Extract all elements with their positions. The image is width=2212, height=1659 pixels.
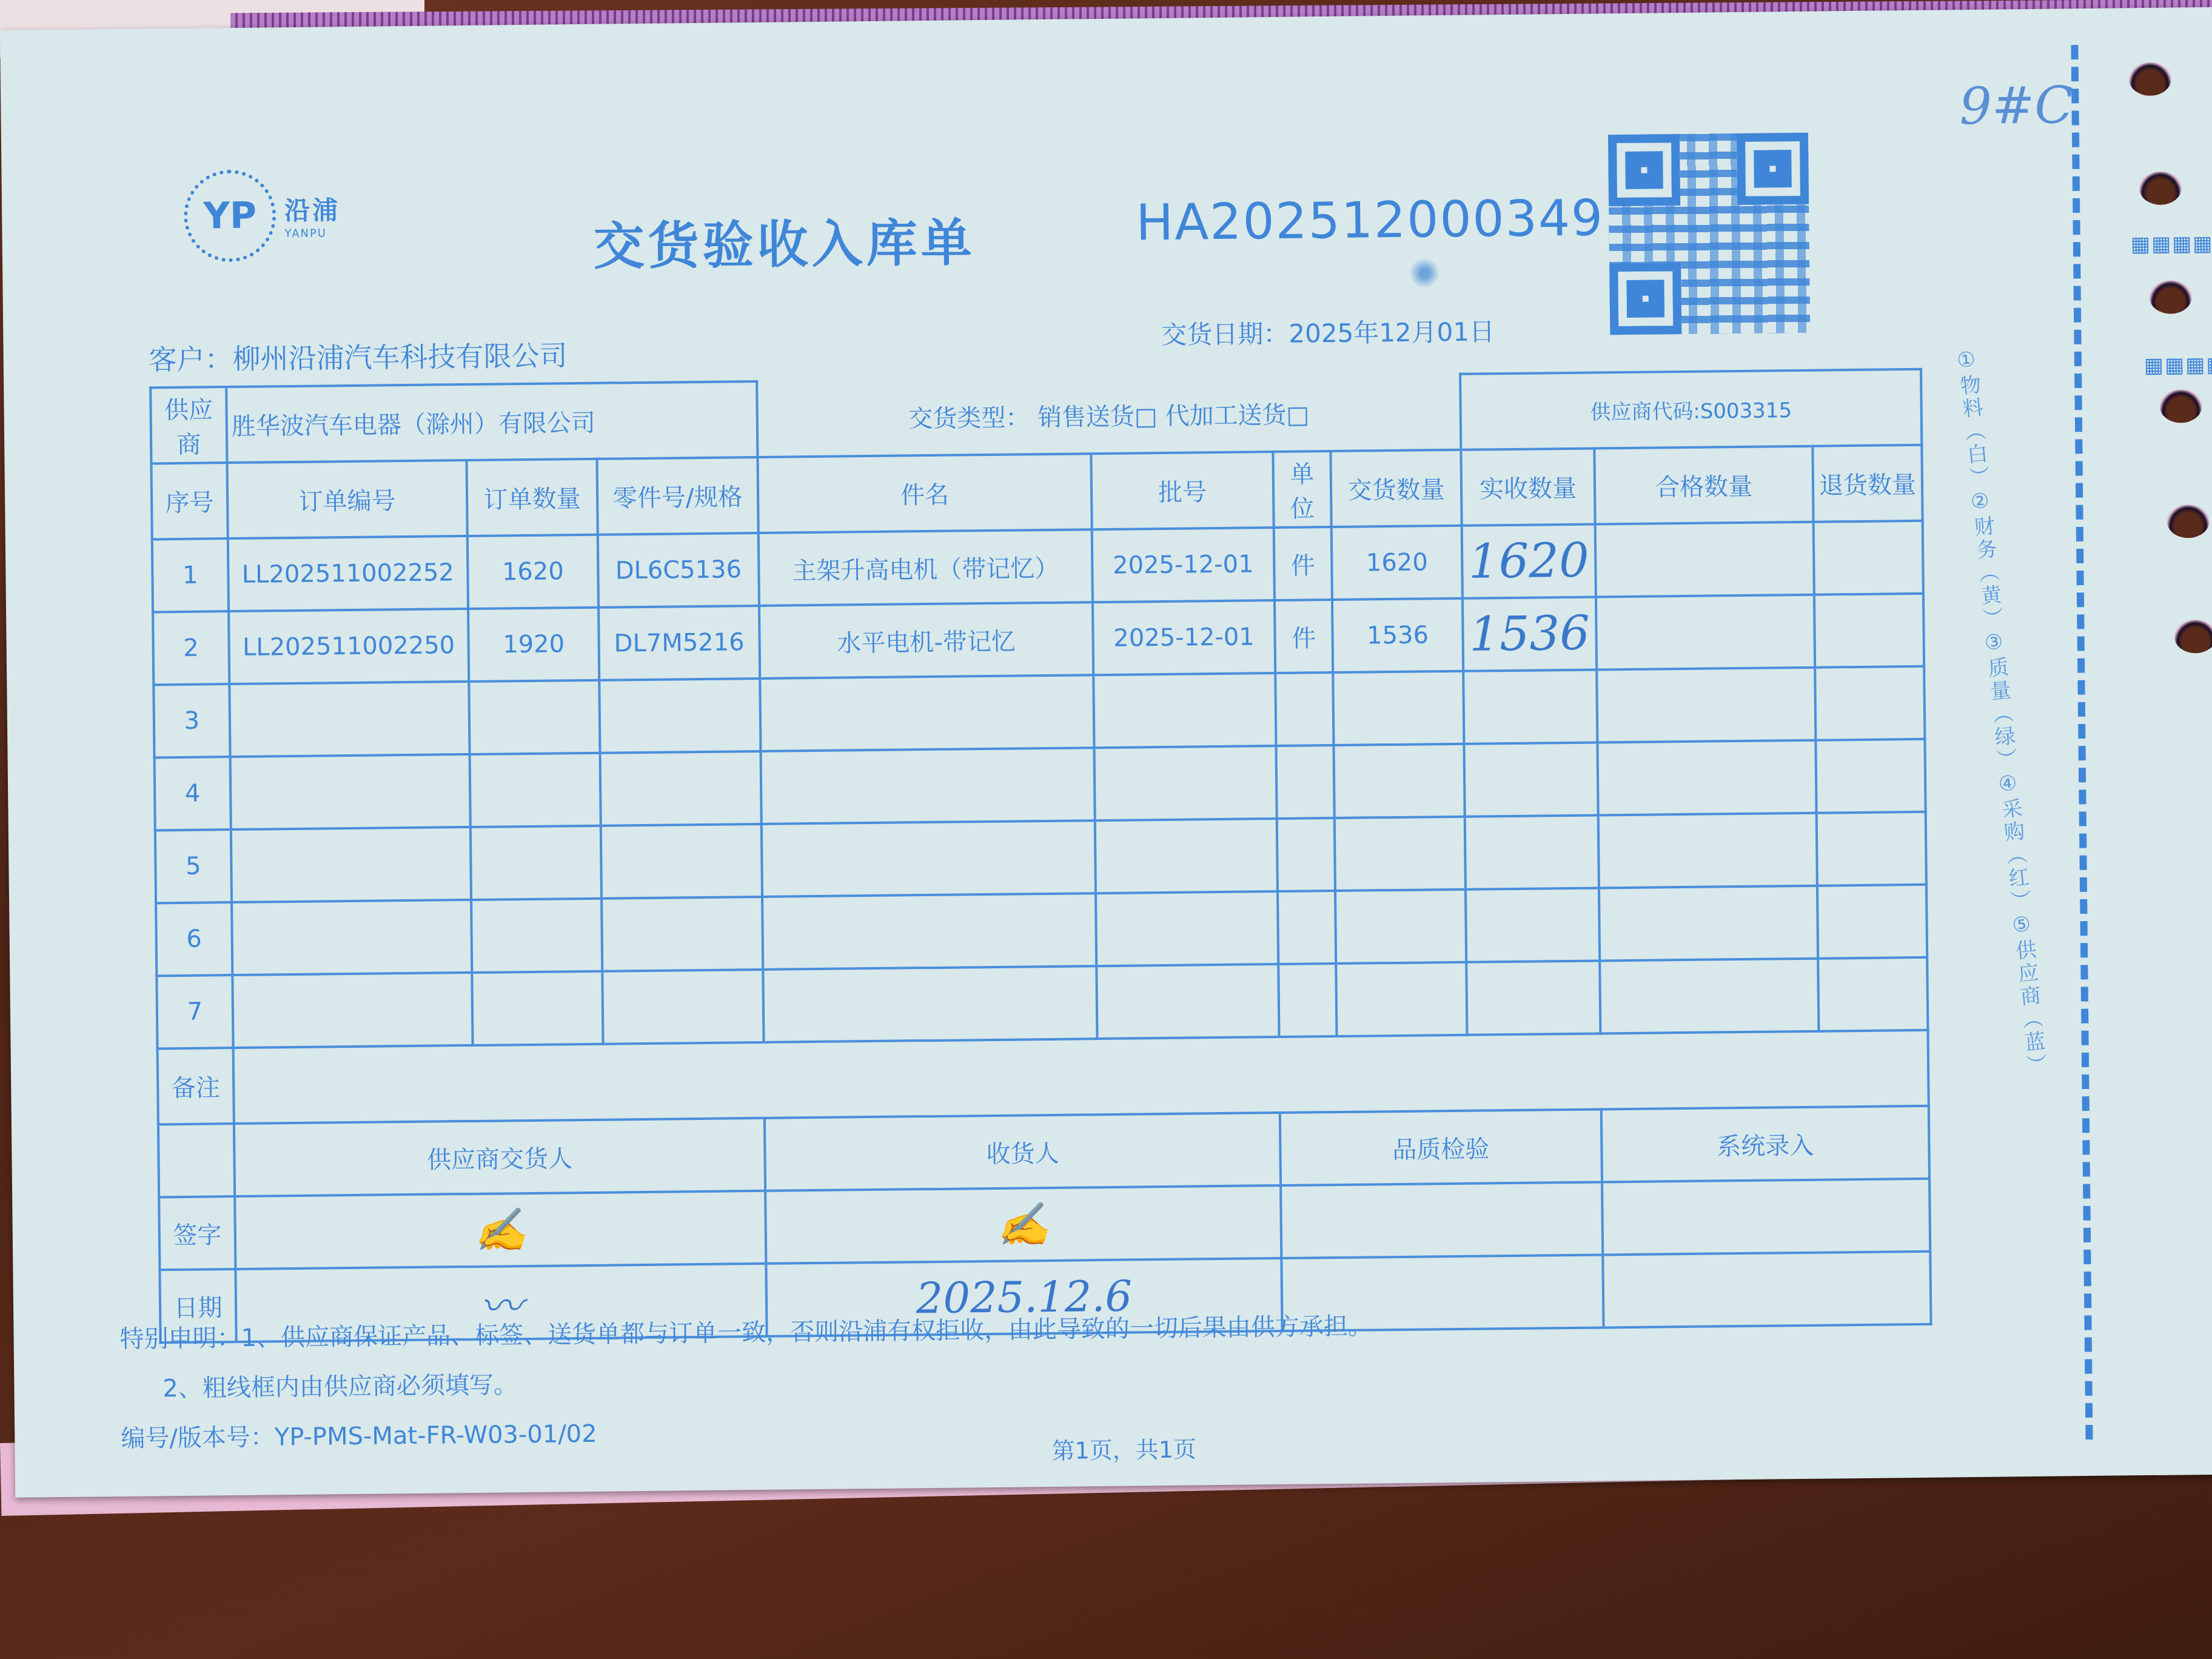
- cell-returned-qty[interactable]: [1814, 521, 1923, 595]
- delivery-date-value: 2025年12月01日: [1289, 317, 1495, 349]
- cell-order-no[interactable]: [232, 900, 472, 975]
- delivery-date-label: 交货日期：: [1161, 319, 1289, 350]
- col-returned-qty: 退货数量: [1812, 445, 1922, 522]
- tractor-feed-hole: [2129, 62, 2172, 96]
- cell-part-no: DL6C5136: [598, 533, 759, 608]
- cell-received-qty[interactable]: 1536: [1463, 597, 1597, 671]
- col-part-name: 件名: [757, 454, 1091, 533]
- cell-received-qty[interactable]: [1464, 742, 1598, 816]
- supplier-deliverer-signature[interactable]: ✍: [235, 1191, 766, 1269]
- cell-part-name: 水平电机-带记忆: [759, 602, 1093, 679]
- cell-returned-qty[interactable]: [1814, 594, 1924, 668]
- cell-seq: 4: [155, 757, 231, 830]
- cell-delivered-qty: 1620: [1332, 526, 1463, 600]
- cell-qualified-qty[interactable]: [1596, 595, 1815, 670]
- cell-returned-qty[interactable]: [1815, 666, 1925, 740]
- cell-batch[interactable]: [1096, 891, 1278, 966]
- cell-order-no[interactable]: [229, 682, 469, 757]
- handwritten-corner-note: 9#C: [1959, 75, 2074, 136]
- col-received-qty: 实收数量: [1461, 449, 1595, 526]
- qr-code-icon: [1608, 133, 1810, 335]
- cell-order-qty[interactable]: [469, 680, 600, 754]
- cell-unit[interactable]: [1278, 964, 1336, 1037]
- items-table: 供应商 胜华波汽车电器（滁州）有限公司 交货类型： 销售送货□ 代加工送货□ 供…: [149, 368, 1932, 1344]
- system-entry-signature[interactable]: [1602, 1179, 1930, 1255]
- cell-seq: 2: [153, 611, 229, 685]
- cell-unit[interactable]: [1275, 672, 1333, 746]
- sig-col-quality-inspection: 品质检验: [1280, 1109, 1602, 1185]
- margin-alignment-mark: ▦▦▦▦: [2144, 353, 2212, 378]
- delivery-type: 交货类型： 销售送货□ 代加工送货□: [757, 374, 1461, 457]
- remarks-label: 备注: [158, 1048, 234, 1124]
- customer-name: 柳州沿浦汽车科技有限公司: [232, 339, 568, 375]
- copy-distribution-note: ①物料（白）②财务（黄）③质量（绿）④采购（红）⑤供应商（蓝）: [1950, 346, 2052, 1078]
- cell-batch[interactable]: [1096, 964, 1279, 1039]
- cell-received-qty[interactable]: [1466, 960, 1600, 1034]
- cell-unit[interactable]: [1276, 745, 1334, 819]
- cell-returned-qty[interactable]: [1815, 739, 1925, 813]
- cell-received-qty[interactable]: 1620: [1462, 524, 1596, 598]
- cell-order-no[interactable]: [231, 827, 471, 902]
- col-delivered-qty: 交货数量: [1330, 450, 1461, 527]
- customer-line: 客户：柳州沿浦汽车科技有限公司: [149, 333, 568, 378]
- cell-part-name[interactable]: [760, 675, 1094, 751]
- form-code-label: 编号/版本号：: [121, 1423, 275, 1453]
- margin-alignment-mark: ▦▦▦▦: [2131, 232, 2212, 256]
- perforation-line: [2071, 45, 2093, 1439]
- supplier-code-label: 供应商代码:: [1590, 400, 1700, 425]
- cell-part-name[interactable]: [763, 966, 1097, 1042]
- col-unit: 单位: [1273, 451, 1331, 528]
- cell-delivered-qty: 1536: [1332, 598, 1463, 672]
- tractor-feed-hole: [2174, 620, 2212, 654]
- cell-received-qty[interactable]: [1465, 815, 1599, 889]
- cell-part-no: DL7M5216: [598, 606, 760, 680]
- cell-part-no[interactable]: [600, 751, 762, 826]
- delivery-date-line: 交货日期：2025年12月01日: [1161, 312, 1495, 352]
- form-code: YP-PMS-Mat-FR-W03-01/02: [275, 1420, 597, 1452]
- cell-order-qty[interactable]: [471, 826, 602, 900]
- col-qualified-qty: 合格数量: [1594, 446, 1813, 525]
- cell-order-qty[interactable]: [472, 971, 603, 1045]
- logo-name-cn: 沿浦: [284, 190, 341, 227]
- tractor-feed-hole: [2150, 280, 2193, 314]
- delivery-type-sales-checkbox[interactable]: 销售送货□: [1037, 403, 1158, 432]
- cell-batch: 2025-12-01: [1092, 528, 1275, 602]
- tractor-feed-hole: [2139, 171, 2182, 205]
- cell-returned-qty[interactable]: [1817, 812, 1926, 886]
- cell-batch: 2025-12-01: [1093, 600, 1275, 675]
- col-seq: 序号: [151, 463, 227, 539]
- tractor-feed-hole: [2159, 389, 2202, 423]
- cell-batch[interactable]: [1095, 819, 1278, 893]
- cell-order-no[interactable]: [232, 973, 472, 1048]
- cell-delivered-qty[interactable]: [1333, 671, 1464, 745]
- cell-part-name: 主架升高电机（带记忆）: [759, 529, 1093, 606]
- sig-col-supplier-deliverer: 供应商交货人: [234, 1118, 765, 1196]
- cell-seq: 6: [156, 902, 232, 976]
- cell-returned-qty[interactable]: [1818, 957, 1928, 1031]
- col-part-no: 零件号/规格: [597, 457, 758, 535]
- sig-col-system-entry: 系统录入: [1601, 1106, 1929, 1182]
- cell-delivered-qty[interactable]: [1335, 817, 1466, 891]
- cell-received-qty[interactable]: [1463, 669, 1597, 743]
- sign-label: 签字: [159, 1196, 235, 1270]
- cell-qualified-qty[interactable]: [1597, 668, 1815, 743]
- cell-part-no[interactable]: [599, 679, 760, 753]
- cell-part-no[interactable]: [602, 897, 763, 971]
- supplier-code-value: S003315: [1700, 398, 1792, 424]
- special-statement-1: 1、供应商保证产品、标签、送货单都与订单一致，否则沿浦有权拒收，由此导致的一切后…: [241, 1312, 1372, 1352]
- cell-qualified-qty[interactable]: [1597, 740, 1816, 816]
- cell-unit: 件: [1275, 600, 1333, 673]
- col-order-no: 订单编号: [227, 460, 467, 538]
- yp-logo-icon: YP: [183, 169, 276, 263]
- cell-order-qty[interactable]: [471, 899, 602, 973]
- cell-part-name[interactable]: [761, 748, 1095, 824]
- supplier-label: 供应商: [150, 387, 227, 463]
- cell-unit[interactable]: [1278, 891, 1336, 964]
- cell-seq: 7: [156, 975, 233, 1048]
- cell-qualified-qty[interactable]: [1600, 959, 1818, 1034]
- cell-delivered-qty[interactable]: [1333, 744, 1464, 818]
- page-number: 第1页，共1页: [1051, 1430, 1196, 1465]
- delivery-type-processing-checkbox[interactable]: 代加工送货□: [1165, 401, 1309, 430]
- col-batch: 批号: [1091, 452, 1273, 529]
- sig-col-receiver: 收货人: [765, 1113, 1281, 1191]
- quality-inspection-signature[interactable]: [1281, 1182, 1603, 1258]
- receiver-signature[interactable]: ✍: [765, 1185, 1281, 1264]
- cell-unit: 件: [1274, 527, 1332, 600]
- supplier-name: 胜华波汽车电器（滁州）有限公司: [226, 381, 757, 463]
- form-title: 交货验收入库单: [593, 202, 976, 280]
- cell-part-name[interactable]: [762, 820, 1096, 897]
- cell-returned-qty[interactable]: [1817, 885, 1927, 959]
- cell-delivered-qty[interactable]: [1335, 890, 1466, 964]
- cell-received-qty[interactable]: [1466, 888, 1600, 962]
- cell-delivered-qty[interactable]: [1336, 962, 1467, 1036]
- cell-order-no: LL202511002252: [228, 536, 468, 611]
- cell-seq: 5: [155, 829, 232, 903]
- supplier-code: 供应商代码:S003315: [1460, 369, 1922, 450]
- cell-seq: 1: [152, 538, 229, 612]
- document-number: HA202512000349: [1136, 189, 1604, 252]
- cell-part-name[interactable]: [762, 893, 1096, 970]
- cell-seq: 3: [153, 684, 230, 757]
- cell-qualified-qty[interactable]: [1599, 886, 1818, 961]
- ink-stamp-mark: [1409, 258, 1440, 289]
- cell-batch[interactable]: [1094, 746, 1276, 820]
- delivery-type-label: 交货类型：: [908, 404, 1030, 433]
- special-statement-label: 特别申明：: [119, 1324, 241, 1353]
- cell-order-qty: 1620: [468, 535, 598, 609]
- col-order-qty: 订单数量: [466, 459, 597, 536]
- delivery-receipt-form: YP 沿浦 YANPU 交货验收入库单 HA202512000349 9#C 客…: [0, 7, 2212, 1498]
- company-logo: YP 沿浦 YANPU: [183, 166, 366, 265]
- cell-part-no[interactable]: [602, 970, 763, 1044]
- cell-unit[interactable]: [1277, 818, 1335, 891]
- cell-order-qty: 1920: [468, 608, 599, 682]
- cell-part-no[interactable]: [601, 824, 762, 899]
- cell-batch[interactable]: [1093, 673, 1276, 748]
- logo-name-en: YANPU: [284, 227, 340, 240]
- cell-qualified-qty[interactable]: [1598, 813, 1817, 888]
- customer-label: 客户：: [149, 343, 233, 376]
- system-entry-date[interactable]: [1603, 1252, 1931, 1328]
- cell-order-no[interactable]: [230, 754, 471, 829]
- cell-order-qty[interactable]: [470, 753, 601, 827]
- cell-order-no: LL202511002250: [229, 609, 469, 684]
- tractor-feed-hole: [2167, 504, 2210, 538]
- cell-qualified-qty[interactable]: [1595, 522, 1814, 597]
